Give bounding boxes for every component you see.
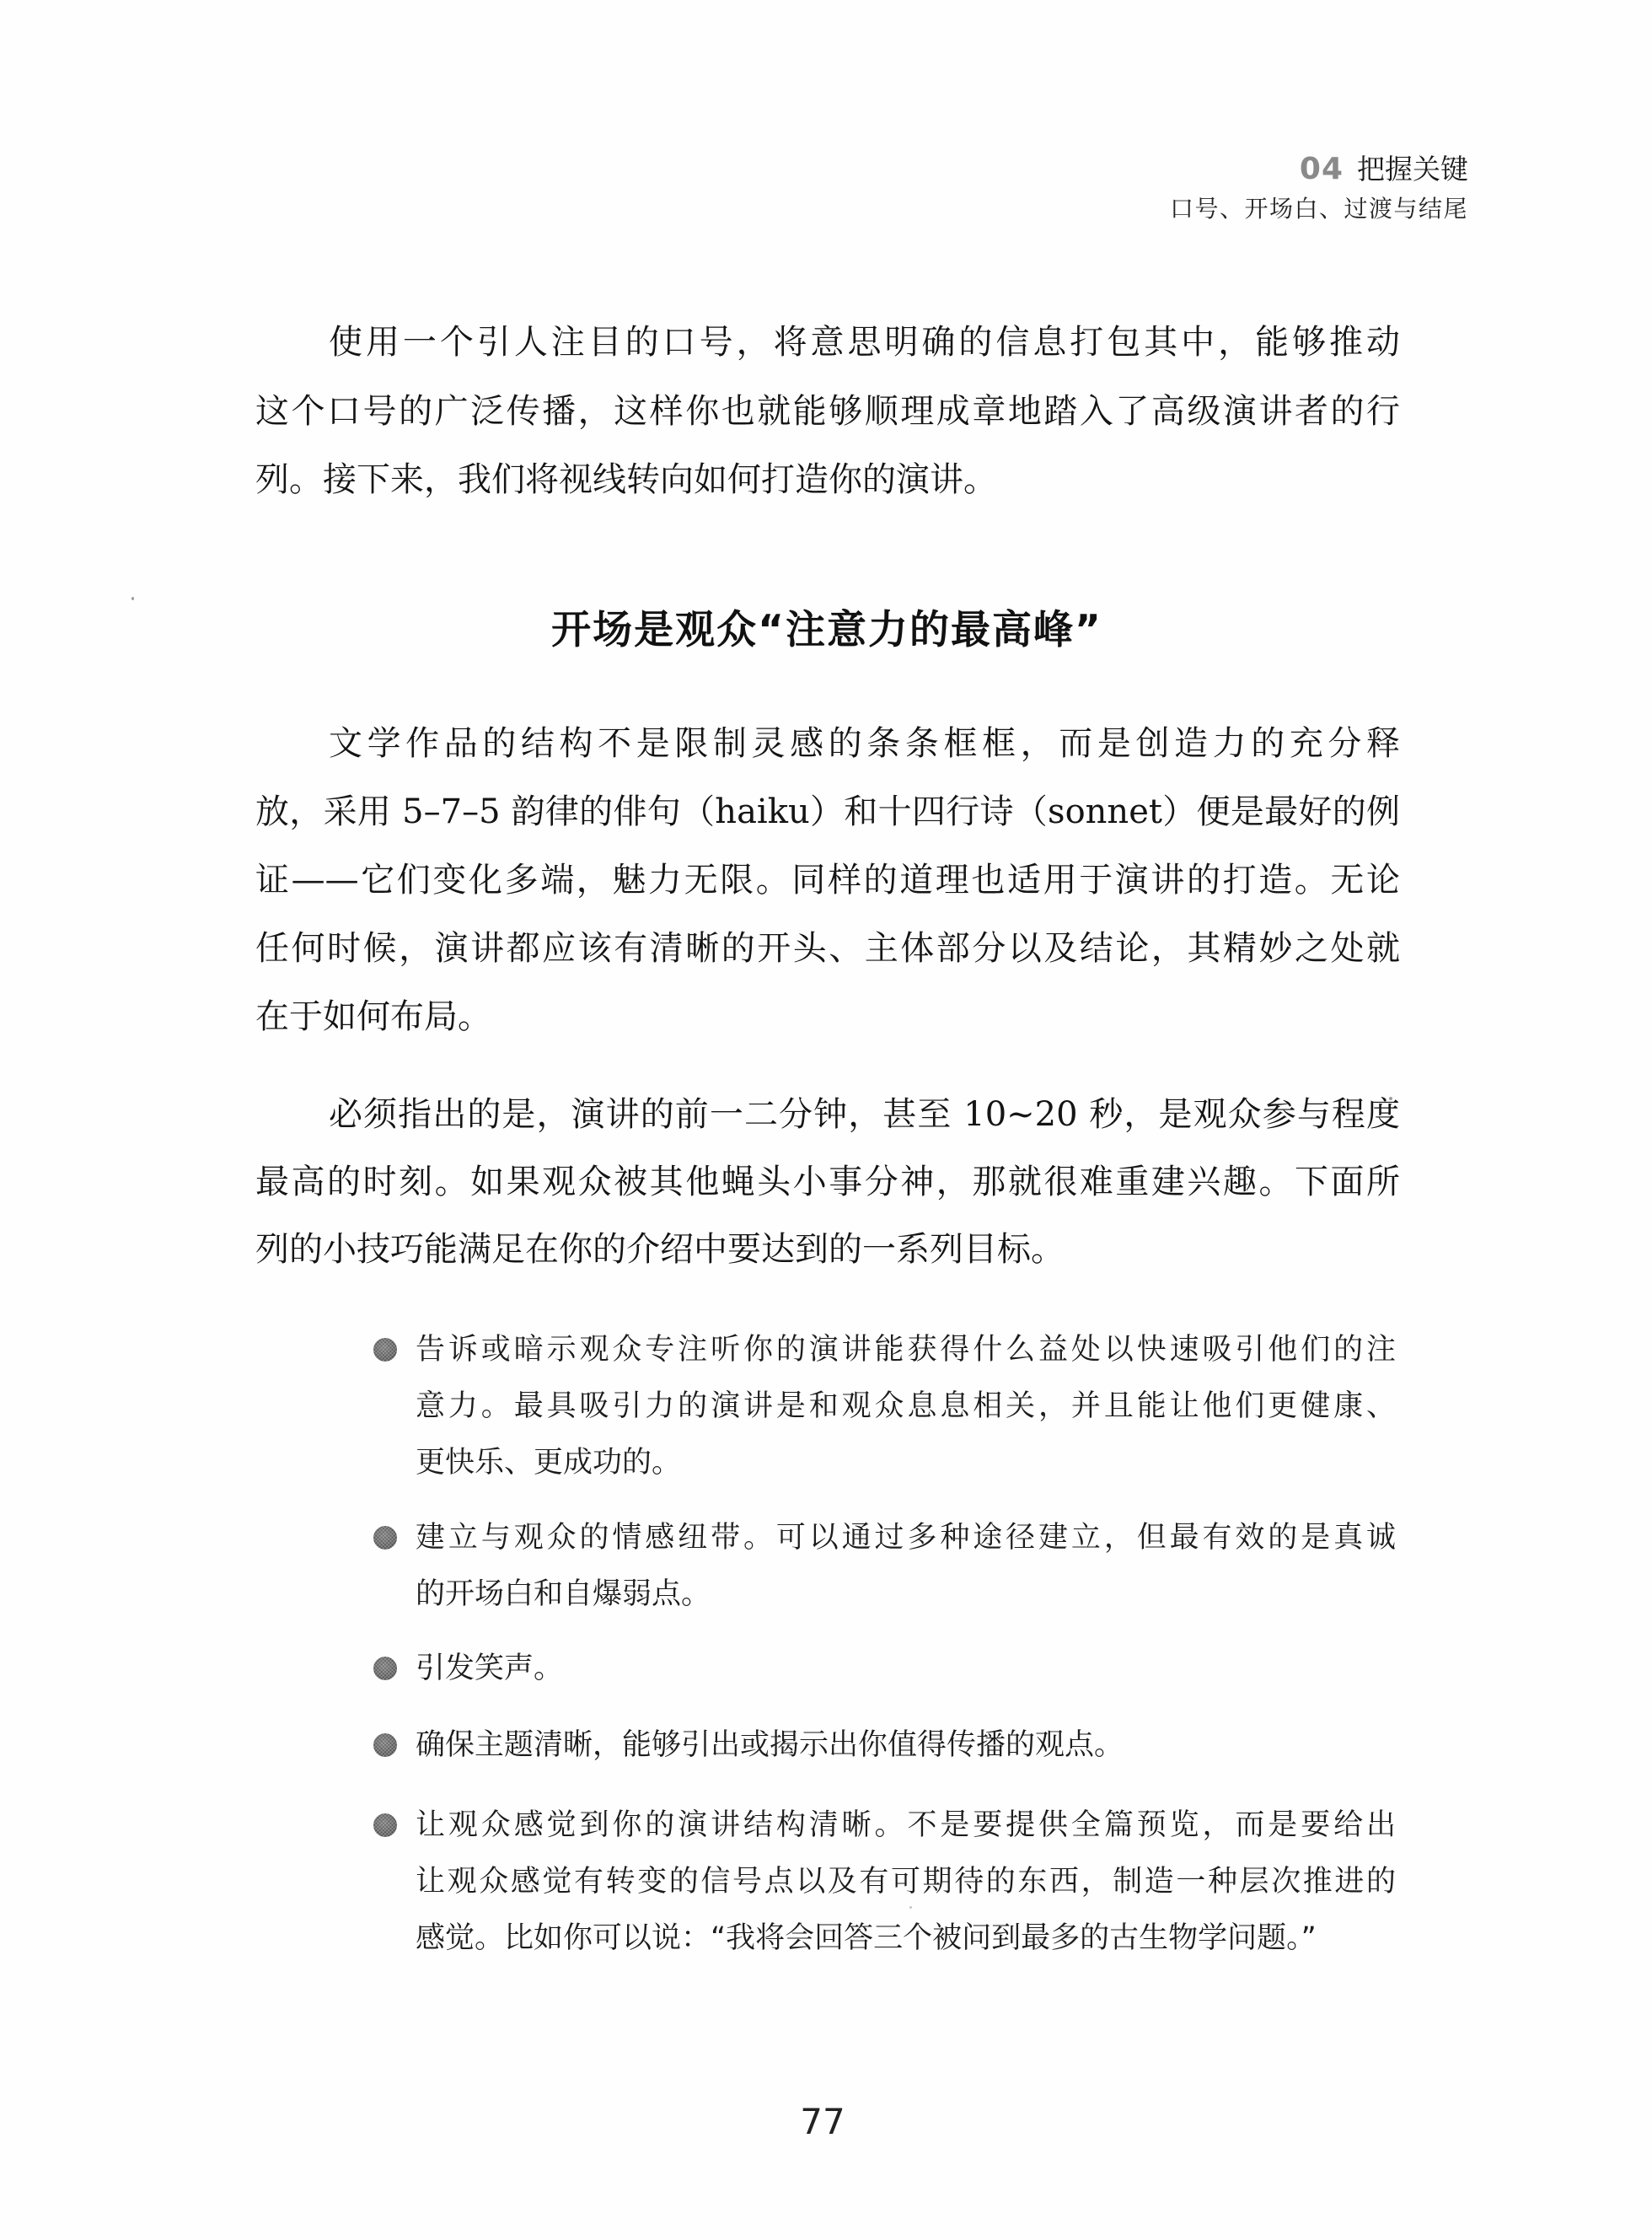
- bullet-line: 确保主题清晰，能够引出或揭示出你值得传播的观点。: [416, 1717, 1396, 1774]
- paragraph-line: 列的小技巧能满足在你的介绍中要达到的一系列目标。: [255, 1216, 1400, 1283]
- paragraph-line: 在于如何布局。: [255, 983, 1400, 1051]
- section-heading: 开场是观众“注意力的最高峰”: [0, 605, 1652, 656]
- book-page: 04把握关键 口号、开场白、过渡与结尾 使用一个引人注目的口号，将意思明确的信息…: [0, 0, 1652, 2240]
- paragraph-line: 文学作品的结构不是限制灵感的条条框框，而是创造力的充分释: [255, 710, 1400, 778]
- intro-paragraph: 使用一个引人注目的口号，将意思明确的信息打包其中，能够推动 这个口号的广泛传播，…: [255, 309, 1400, 515]
- bullet-line: 让观众感觉有转变的信号点以及有可期待的东西，制造一种层次推进的: [416, 1854, 1396, 1910]
- scan-speck: [909, 1906, 912, 1909]
- bullet-line: 告诉或暗示观众专注听你的演讲能获得什么益处以快速吸引他们的注: [416, 1322, 1396, 1378]
- bullet-icon: [373, 1813, 397, 1837]
- bullet-line: 建立与观众的情感纽带。可以通过多种途径建立，但最有效的是真诚: [416, 1510, 1396, 1566]
- chapter-title: 把握关键: [1357, 153, 1468, 185]
- page-number: 77: [0, 2101, 1645, 2143]
- paragraph-line: 放，采用 5–7–5 韵律的俳句（haiku）和十四行诗（sonnet）便是最好…: [255, 778, 1400, 846]
- paragraph-line: 必须指出的是，演讲的前一二分钟，甚至 10~20 秒，是观众参与程度: [255, 1081, 1400, 1148]
- bullet-line: 更快乐、更成功的。: [416, 1435, 1396, 1491]
- bullet-line: 意力。最具吸引力的演讲是和观众息息相关，并且能让他们更健康、: [416, 1378, 1396, 1435]
- bullet-line: 的开场白和自爆弱点。: [416, 1566, 1396, 1623]
- paragraph-line: 使用一个引人注目的口号，将意思明确的信息打包其中，能够推动: [255, 309, 1400, 378]
- running-header: 04把握关键: [1300, 151, 1468, 188]
- body-paragraph: 文学作品的结构不是限制灵感的条条框框，而是创造力的充分释 放，采用 5–7–5 …: [255, 710, 1400, 1051]
- paragraph-line: 这个口号的广泛传播，这样你也就能够顺理成章地踏入了高级演讲者的行: [255, 378, 1400, 447]
- bullet-line: 让观众感觉到你的演讲结构清晰。不是要提供全篇预览，而是要给出: [416, 1797, 1396, 1854]
- bullet-icon: [373, 1733, 397, 1757]
- bullet-icon: [373, 1526, 397, 1550]
- paragraph-line: 证——它们变化多端，魅力无限。同样的道理也适用于演讲的打造。无论: [255, 846, 1400, 915]
- paragraph-line: 列。接下来，我们将视线转向如何打造你的演讲。: [255, 446, 1400, 515]
- scan-speck: [1389, 1097, 1392, 1100]
- bullet-line: 感觉。比如你可以说：“我将会回答三个被问到最多的古生物学问题。”: [416, 1910, 1396, 1967]
- bullet-line: 引发笑声。: [416, 1641, 1396, 1697]
- paragraph-line: 任何时候，演讲都应该有清晰的开头、主体部分以及结论，其精妙之处就: [255, 915, 1400, 983]
- scan-speck: [131, 597, 134, 600]
- chapter-subtitle: 口号、开场白、过渡与结尾: [1170, 194, 1468, 224]
- chapter-number: 04: [1300, 152, 1344, 186]
- bullet-icon: [373, 1657, 397, 1680]
- paragraph-line: 最高的时刻。如果观众被其他蝇头小事分神，那就很难重建兴趣。下面所: [255, 1148, 1400, 1216]
- body-paragraph: 必须指出的是，演讲的前一二分钟，甚至 10~20 秒，是观众参与程度 最高的时刻…: [255, 1081, 1400, 1283]
- bullet-icon: [373, 1338, 397, 1362]
